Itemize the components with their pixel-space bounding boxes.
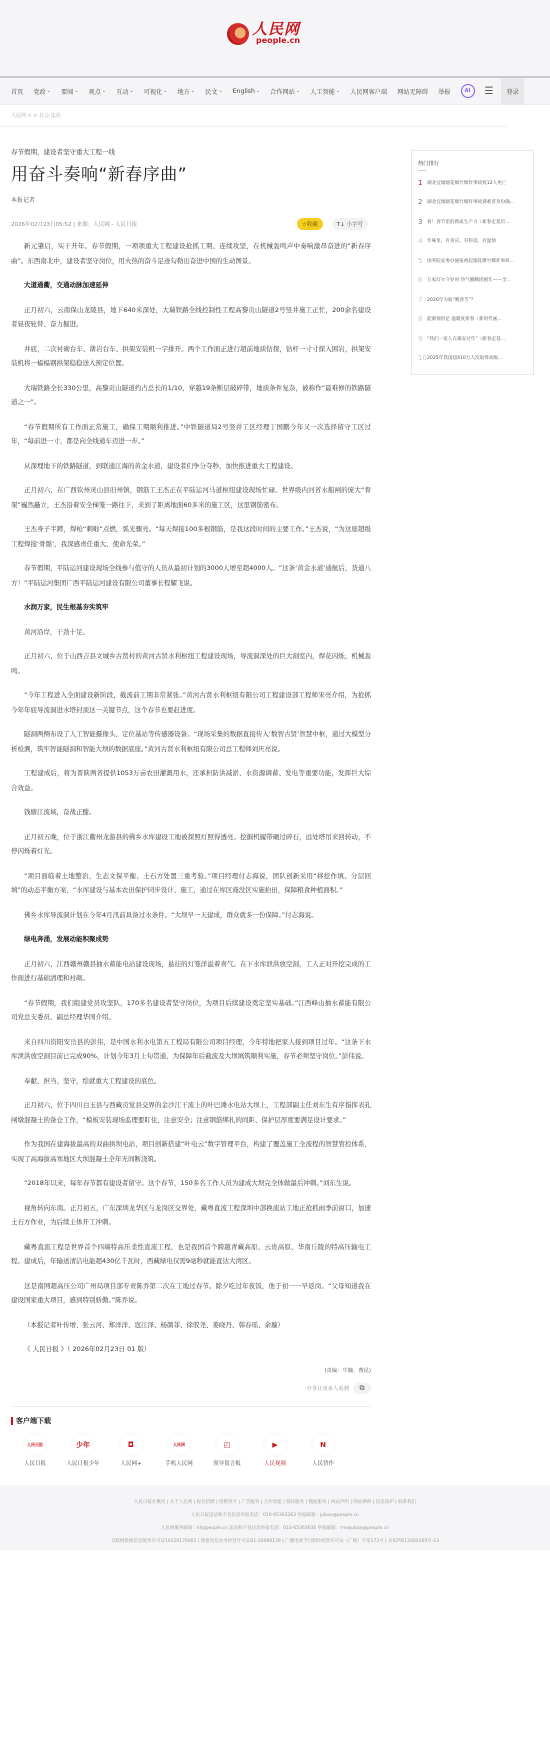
logo-icon — [227, 23, 249, 45]
mobile-people-icon: 人民网 — [169, 1435, 189, 1455]
rank-number: 3 — [418, 218, 427, 226]
hot-item-title: 看！春节里的新质生产力（新春走基层... — [427, 219, 509, 225]
chevron-down-icon: ⌄ — [163, 88, 167, 94]
paragraph: 视角转向东南。正月初五，广东深圳龙华区与龙岗区交界处，藏粤直流工程深圳中部换流站… — [11, 1201, 371, 1230]
people-plus-icon: ◘ — [121, 1435, 141, 1455]
footer: 人民日报社概况 | 关于人民网 | 报社招聘 | 招聘英才 | 广告服务 | 合… — [0, 1485, 550, 1550]
footer-links[interactable]: 人民日报社概况 | 关于人民网 | 报社招聘 | 招聘英才 | 广告服务 | 合… — [0, 1499, 550, 1505]
nav-item-10[interactable]: 人工智能⌄ — [310, 87, 340, 96]
hot-item[interactable]: 2湖北宜城烟花爆竹爆炸事故遇难者身份确... — [418, 193, 527, 213]
nav-item-4[interactable]: 互动⌄ — [116, 87, 134, 96]
section-heading: 大道通衢，交通动脉加速延伸 — [11, 278, 371, 293]
paragraph: 正月初六，位于四川白玉县与西藏贡觉县交界的金沙江干流上的叶巴滩水电站大坝上，工程… — [11, 1098, 371, 1127]
hot-item-title: 国务院安委办通报两起烟花爆竹爆炸事故... — [427, 258, 514, 264]
hot-item[interactable]: 9“我们一家人在雄安过年”（新春走基... — [418, 329, 527, 349]
paragraph: 正月初六，位于山西吉县文城乡古贤村的黄河古贤水利枢纽工程建设现场，导流洞深处的巨… — [11, 649, 371, 678]
app-item[interactable]: 人民网手机人民网 — [155, 1435, 203, 1483]
app-item[interactable]: N人民智作 — [299, 1435, 347, 1483]
footer-license: 互联网新闻信息服务许可证10120170001 | 增值电信业务经营许可证B1-… — [0, 1538, 550, 1544]
hot-item[interactable]: 8能源保供足 温暖度新春（新时代画... — [418, 310, 527, 330]
nav-item-1[interactable]: 党政⌄ — [33, 87, 51, 96]
app-item[interactable]: ▶人民视频 — [251, 1435, 299, 1483]
app-label: 人民日报少年 — [66, 1459, 99, 1467]
header-band: 人民网 people.cn — [0, 0, 550, 78]
article-title: 用奋斗奏响“新春序曲” — [11, 160, 371, 185]
login-button[interactable]: 登录 — [501, 78, 523, 105]
nav-item-13[interactable]: 举报 — [438, 87, 450, 96]
nav-item-label: 观点 — [89, 87, 101, 96]
chevron-down-icon: ⌄ — [218, 88, 222, 94]
hot-ranking-title: 热门排行 — [418, 159, 527, 167]
paragraph: 正月初六，江西赣州赣县抽水蓄能电站建设现场，悬挂的灯笼洋溢着喜气。在下水库泄洪放… — [11, 957, 371, 986]
editor-credit: (责编：牛镛、曹昆) — [11, 1366, 371, 1374]
nav-item-11[interactable]: 人民网客户端 — [350, 87, 387, 96]
app-item[interactable]: 人民日报人民日报 — [11, 1435, 59, 1483]
nav-item-6[interactable]: 地方⌄ — [177, 87, 195, 96]
paragraph: 隧洞两侧布设了人工智能摄像头、定位基站等传感器设备。“现场采集的数据直接传入‘数… — [11, 727, 371, 756]
nav-item-label: English — [233, 88, 255, 95]
chevron-down-icon: ⌄ — [47, 88, 51, 94]
rank-number: 4 — [418, 237, 427, 245]
paragraph: 王杰身子半蹲，焊枪“刺啦”点燃，弧光骤亮。“每天焊接100多根钢筋，是我这段时间… — [11, 522, 371, 551]
hot-ranking-panel: 热门排行 1湖北宜城烟花爆竹爆炸事故致12人死亡2湖北宜城烟花爆竹爆炸事故遇难者… — [411, 150, 534, 375]
site-logo[interactable]: 人民网 people.cn — [227, 22, 300, 45]
chevron-down-icon: ⌄ — [336, 88, 340, 94]
paragraph: “春节假期，我们组建党员攻坚队，170多名建设者坚守岗位，为项目后续建设奠定坚实… — [11, 996, 371, 1025]
ai-search-icon[interactable]: AI — [461, 84, 475, 98]
paragraph: 这是南网超高压公司广州局项目部专责陈乔第二次在工地过春节。除夕吃过年夜饭，他于初… — [11, 1279, 371, 1308]
menu-icon[interactable]: ☰ — [485, 86, 494, 97]
hot-item[interactable]: 1湖北宜城烟花爆竹爆炸事故致12人死亡 — [418, 173, 527, 193]
paragraph: 来自四川资阳安岳县的彭伟，是中国水利水电第五工程局有限公司项目经理，今年特地把家… — [11, 1035, 371, 1064]
app-label: 领导留言板 — [213, 1459, 241, 1467]
paragraph: 大瑞铁路全长330公里，高黎贡山隧道约占总长的1/10，穿越19条断层破碎带，地… — [11, 381, 371, 410]
nav-item-label: 举报 — [438, 87, 450, 96]
paragraph: 奉献、担当、坚守，绘就重大工程建设的底色。 — [11, 1074, 371, 1089]
article-meta: 2026年02月23日05:52 | 来源：人民网 - 人民日报 — [11, 220, 297, 228]
app-item[interactable]: 少年人民日报少年 — [59, 1435, 107, 1483]
app-label: 手机人民网 — [165, 1459, 193, 1467]
nav-item-5[interactable]: 可视化⌄ — [144, 87, 168, 96]
share-label: 分享让更多人看到 — [307, 1384, 349, 1392]
rank-number: 5 — [418, 257, 427, 265]
paragraph: 钱塘江流域，奋战正酣。 — [11, 805, 371, 820]
paragraph: 井底，二次衬砌台车、凿岩台车、拱架安装机一字排开。两个工作面正进行超前地质钻探，… — [11, 342, 371, 371]
hot-item[interactable]: 102025年我国超410万人次取得高级... — [418, 349, 527, 369]
apps-list: 人民日报人民日报少年人民日报少年◘人民网+人民网手机人民网◰领导留言板▶人民视频… — [0, 1425, 550, 1483]
paragraph: 新元肇启，实干开年。春节假期，一项项重大工程建设抢抓工期、连续攻坚，在机械轰鸣声… — [11, 239, 371, 268]
article-author: 本报记者 — [11, 195, 371, 204]
footer-contact-2: 人民网服务邮箱：kf@people.cn 违法和不良信息举报电话：010-653… — [0, 1525, 550, 1531]
nav-item-2[interactable]: 要闻⌄ — [61, 87, 79, 96]
rank-number: 7 — [418, 296, 427, 304]
hot-item[interactable]: 6万家灯火守岁时 热气腾腾团圆年——全... — [418, 271, 527, 291]
play-icon: ▶ — [265, 1435, 285, 1455]
rank-number: 10 — [418, 354, 427, 362]
paragraph: 佛乡水库导流洞计划在今年4月汛前具备过水条件。“大坝早一天建成，群众就多一份保障… — [11, 908, 371, 923]
nav-item-label: 民文 — [205, 87, 217, 96]
nav-item-8[interactable]: English⌄ — [233, 88, 261, 95]
nav-item-label: 可视化 — [144, 87, 163, 96]
paragraph: 《 人民日报 》（ 2026年02月23日 01 版） — [11, 1342, 371, 1357]
people-daily-icon: 人民日报 — [25, 1435, 45, 1455]
paragraph: 作为我国在建海拔最高的双曲拱坝电站，项目创新搭建“叶电云”数字管理平台，构建了覆… — [11, 1137, 371, 1166]
article: 春节假期，建设者坚守重大工程一线 用奋斗奏响“新春序曲” 本报记者 2026年0… — [11, 127, 371, 1407]
paragraph: 从深埋地下的铁路隧道，到联通江海的黄金水道，建设者们争分夺秒，加快推进重大工程建… — [11, 459, 371, 474]
app-label: 人民日报 — [24, 1459, 46, 1467]
paragraph: “春节假期所有工作面正常施工，确保工期顺利推进。”中铁隧道局2号竖井工区经理丁国… — [11, 420, 371, 449]
nav-item-label: 网站无障碍 — [397, 87, 428, 96]
hot-item-title: 湖北宜城烟花爆竹爆炸事故遇难者身份确... — [427, 199, 514, 205]
hot-item-title: 年味里，有喜庆、有科技、有温情 — [427, 238, 496, 244]
nav-item-label: 互动 — [116, 87, 128, 96]
app-item[interactable]: ◰领导留言板 — [203, 1435, 251, 1483]
people-daily-youth-icon: 少年 — [73, 1435, 93, 1455]
share-row: 分享让更多人看到 ⧉ — [11, 1383, 371, 1394]
paragraph: 黄河沿岸，干劲十足。 — [11, 625, 371, 640]
logo-text-en: people.cn — [256, 37, 300, 45]
hot-item-title: “我们一家人在雄安过年”（新春走基... — [427, 336, 505, 342]
chevron-down-icon: ⌄ — [129, 88, 133, 94]
paragraph: 工程建成后，将为晋陕两省提供1053万亩农田灌溉用水，还承担防洪减淤、水资源调蓄… — [11, 766, 371, 795]
paragraph: “项目面临着土地整治、生态文保平衡、土石方处置三重考验。”项目经理付志海说，团队… — [11, 869, 371, 898]
rank-number: 8 — [418, 315, 427, 323]
title-underline — [418, 170, 426, 171]
chevron-down-icon: ⌄ — [296, 88, 300, 94]
share-icon: ⧉ — [360, 1384, 365, 1393]
paragraph: 藏粤直流工程是世界首个四端特高压柔性直流工程，也是我国首个跨越青藏高原、云贵高原… — [11, 1240, 371, 1269]
paragraph: 正月初五晚，位于浙江衢州龙游县的佛乡水库建设工地被探照灯照得透亮。挖掘机履带碾过… — [11, 830, 371, 859]
section-heading: 水润万家，民生根基夯实筑牢 — [11, 600, 371, 615]
hot-item-title: 能源保供足 温暖度新春（新时代画... — [427, 316, 502, 322]
hot-item-title: 湖北宜城烟花爆竹爆炸事故致12人死亡 — [427, 180, 506, 186]
share-button[interactable]: ⧉ — [353, 1383, 371, 1394]
paragraph: （本报记者叶传增、张云河、郑洋洋、寇江泽、杨颜菲、徐驭尧、姜晓丹、韩春瑶、余璇） — [11, 1318, 371, 1333]
chevron-down-icon: ⌄ — [74, 88, 78, 94]
people-ai-icon: N — [313, 1435, 333, 1455]
apps-section-title: 客户端下载 — [11, 1417, 550, 1425]
hot-item[interactable]: 5国务院安委办通报两起烟花爆竹爆炸事故... — [418, 251, 527, 271]
chevron-down-icon: ⌄ — [102, 88, 106, 94]
favorite-button[interactable]: ☆收藏 — [297, 218, 323, 230]
sidebar: 热门排行 1湖北宜城烟花爆竹爆炸事故致12人死亡2湖北宜城烟花爆竹爆炸事故遇难者… — [411, 150, 534, 1407]
paragraph: 春节假期，平陆运河建设现场全线参与值守的人员从最初计划的3000人增至超4000… — [11, 561, 371, 590]
app-label: 人民视频 — [264, 1459, 286, 1467]
nav-item-3[interactable]: 观点⌄ — [89, 87, 107, 96]
rank-number: 6 — [418, 276, 427, 284]
nav-item-0[interactable]: 首页 — [11, 87, 23, 96]
nav-item-label: 合作网站 — [270, 87, 295, 96]
nav-item-label: 地方 — [177, 87, 189, 96]
breadcrumb[interactable]: 人民网 > > 社会·法治 — [0, 105, 508, 127]
nav-item-label: 人民网客户端 — [350, 87, 387, 96]
rank-number: 2 — [418, 198, 427, 206]
paragraph: 正月初六，在广西钦州灵山县旧州镇，钢筋工王杰正在平陆运河马道枢纽建设现场忙碌。世… — [11, 483, 371, 512]
chevron-down-icon: ⌄ — [256, 88, 260, 94]
footer-contact-1: 人民日报违法和不良信息举报电话：010-65363263 举报邮箱：jubao@… — [0, 1512, 550, 1518]
nav-item-label: 首页 — [11, 87, 23, 96]
paragraph: “今年工程进入全面建设新阶段，截流前工期非常紧张。”黄河古贤水利枢纽有限公司工程… — [11, 688, 371, 717]
hot-item-title: 万家灯火守岁时 热气腾腾团圆年——全... — [427, 277, 511, 283]
paragraph: 正月初六，云南保山龙陵县，地下640米深处，大瑞铁路全线控制性工程高黎贡山隧道2… — [11, 303, 371, 332]
chevron-down-icon: ⌄ — [191, 88, 195, 94]
hot-item[interactable]: 72026年为啥“晚春节”？ — [418, 290, 527, 310]
hot-item-title: 2025年我国超410万人次取得高级... — [427, 355, 502, 361]
rank-number: 1 — [418, 179, 427, 187]
paragraph: “2018年以来，每年春节都有建设者留守。这个春节，150多名工作人员为建成大坝… — [11, 1176, 371, 1191]
rank-number: 9 — [418, 335, 427, 343]
logo-text-cn: 人民网 — [252, 22, 300, 37]
app-label: 人民智作 — [312, 1459, 334, 1467]
section-heading: 绿电奔涌，发展动能积聚成势 — [11, 932, 371, 947]
nav-item-7[interactable]: 民文⌄ — [205, 87, 223, 96]
font-size-button[interactable]: T↓ 小字号 — [332, 218, 368, 230]
app-label: 人民网+ — [120, 1459, 141, 1467]
hot-item-title: 2026年为啥“晚春节”？ — [427, 297, 476, 303]
main-nav: 首页党政⌄要闻⌄观点⌄互动⌄可视化⌄地方⌄民文⌄English⌄合作网站⌄人工智… — [0, 78, 550, 105]
app-item[interactable]: ◘人民网+ — [107, 1435, 155, 1483]
nav-item-label: 人工智能 — [310, 87, 335, 96]
hot-item[interactable]: 4年味里，有喜庆、有科技、有温情 — [418, 232, 527, 252]
nav-item-label: 要闻 — [61, 87, 73, 96]
nav-item-12[interactable]: 网站无障碍 — [397, 87, 428, 96]
divider — [11, 1406, 371, 1407]
hot-item[interactable]: 3看！春节里的新质生产力（新春走基层... — [418, 212, 527, 232]
nav-item-label: 党政 — [33, 87, 45, 96]
nav-item-9[interactable]: 合作网站⌄ — [270, 87, 300, 96]
message-board-icon: ◰ — [217, 1435, 237, 1455]
article-body: 新元肇启，实干开年。春节假期，一项项重大工程建设抢抓工期、连续攻坚，在机械轰鸣声… — [11, 239, 371, 1357]
article-subtitle: 春节假期，建设者坚守重大工程一线 — [11, 147, 371, 156]
